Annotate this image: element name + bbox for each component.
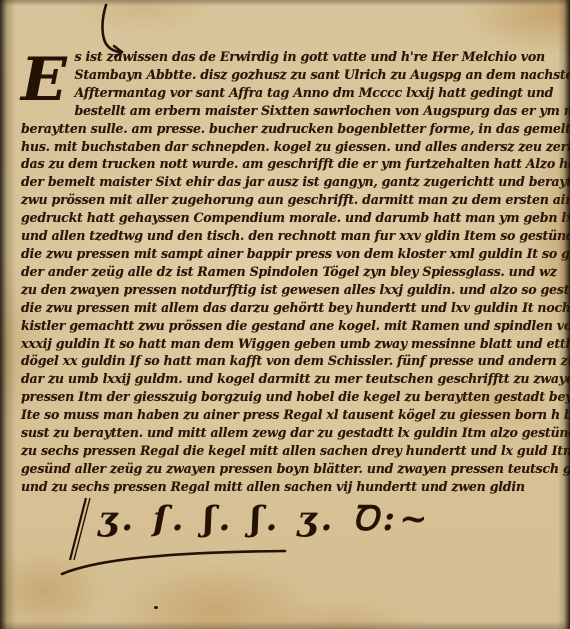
text-line: dögel xx guldin If so hatt man kafft von… (21, 352, 555, 370)
text-line: Ite so muss man haben zu ainer press Reg… (21, 406, 555, 424)
text-line: der bemelt maister Sixt ehir das jar aus… (21, 173, 555, 191)
text-line: s ist zuwissen das de Erwirdig in gott v… (21, 48, 555, 66)
text-line: gedruckt hatt gehayssen Compendium moral… (21, 209, 555, 227)
drop-cap-initial: E (21, 48, 74, 110)
photo-edge-bottom (0, 621, 570, 629)
text-line: zu den zwayen pressen notdurfftig ist ge… (21, 281, 555, 299)
text-line: hus. mit buchstaben dar schnepden. kogel… (21, 138, 555, 156)
manuscript-page: E s ist zuwissen das de Erwirdig in gott… (0, 0, 570, 629)
text-line: kistler gemachtt zwu prössen die gestand… (21, 317, 555, 335)
text-line: gesünd aller zeüg zu zwayen pressen boyn… (21, 460, 555, 478)
text-line: Stambayn Abbtte. disz gozhusz zu sant Ul… (21, 66, 555, 84)
text-line: die zwu pressen mit allem das darzu gehö… (21, 299, 555, 317)
text-line: das zu dem trucken nott wurde. am geschr… (21, 155, 555, 173)
text-line: und allen tzedtwg und den tisch. den rec… (21, 227, 555, 245)
manuscript-text: E s ist zuwissen das de Erwirdig in gott… (21, 48, 555, 496)
photo-edge-right (558, 0, 570, 629)
text-line: zu sechs pressen Regal die kegel mitt al… (21, 442, 555, 460)
text-line: dar zu umb lxxij guldm. und kogel darmit… (21, 370, 555, 388)
text-line: sust zu beraytten. und mitt allem zewg d… (21, 424, 555, 442)
signature-cipher: ʒ. ſ. ʃ. ʃ. ʒ. Ꝺ:~ (98, 494, 432, 540)
ink-dot (154, 606, 158, 609)
text-line: zwu prössen mit aller zugehorung aun ges… (21, 191, 555, 209)
text-line: xxxij guldin It so hatt man dem Wiggen g… (21, 335, 555, 353)
signature-block: ʒ. ſ. ʃ. ʃ. ʒ. Ꝺ:~ (60, 488, 360, 588)
text-line: der ander zeüg alle dz ist Ramen Spindol… (21, 263, 555, 281)
text-line: bestellt am erbern maister Sixtten sawrl… (21, 102, 555, 120)
text-line: beraytten sulle. am presse. bucher zudru… (21, 120, 555, 138)
photo-edge-top (0, 0, 570, 6)
text-line: Afftermantag vor sant Affra tag Anno dm … (21, 84, 555, 102)
photo-edge-left (0, 0, 16, 629)
text-line: die zwu pressen mit sampt ainer bappir p… (21, 245, 555, 263)
text-line: pressen Itm der giesszuig borgzuig und h… (21, 388, 555, 406)
